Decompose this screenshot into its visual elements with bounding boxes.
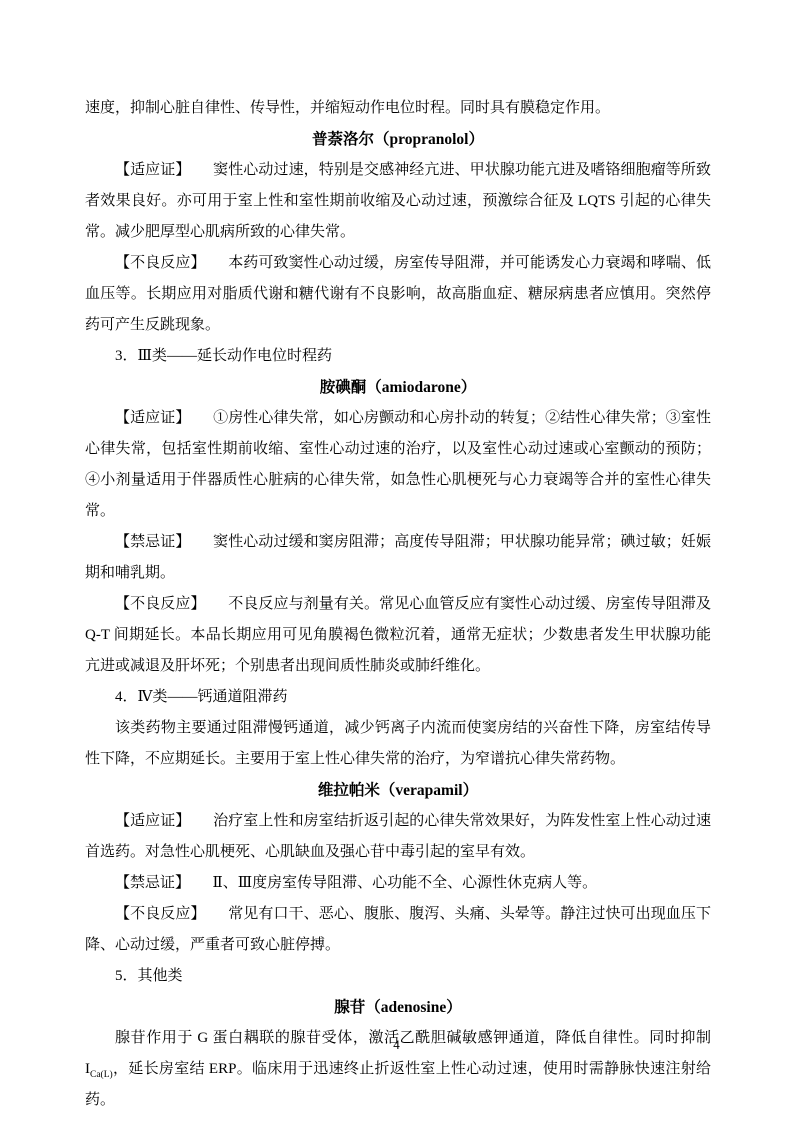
drug-heading-adenosine: 腺苷（adenosine） <box>85 992 711 1023</box>
paragraph-verapamil-adverse-reactions: 【不良反应】 常见有口干、恶心、腹胀、腹泻、头痛、头晕等。静注过快可出现血压下降… <box>85 899 711 961</box>
paragraph-verapamil-indications: 【适应证】 治疗室上性和房室结折返引起的心律失常效果好，为阵发性室上性心动过速首… <box>85 806 711 868</box>
paragraph-class4-description: 该类药物主要通过阻滞慢钙通道，减少钙离子内流而使窦房结的兴奋性下降，房室结传导性… <box>85 713 711 775</box>
paragraph-amiodarone-indications: 【适应证】 ①房性心律失常，如心房颤动和心房扑动的转复；②结性心律失常；③室性心… <box>85 403 711 527</box>
page-number: 4 <box>0 1035 793 1055</box>
document-page: 速度，抑制心脏自律性、传导性，并缩短动作电位时程。同时具有膜稳定作用。 普萘洛尔… <box>0 0 793 1122</box>
adenosine-ical-subscript: Ca(L) <box>90 1070 113 1080</box>
class-heading-class3: 3．Ⅲ类——延长动作电位时程药 <box>85 341 711 372</box>
paragraph-amiodarone-contraindications: 【禁忌证】 窦性心动过缓和窦房阻滞；高度传导阻滞；甲状腺功能异常；碘过敏；妊娠期… <box>85 527 711 589</box>
paragraph-verapamil-contraindications: 【禁忌证】 Ⅱ、Ⅲ度房室传导阻滞、心功能不全、心源性休克病人等。 <box>85 868 711 899</box>
paragraph-membrane-stabilizing: 速度，抑制心脏自律性、传导性，并缩短动作电位时程。同时具有膜稳定作用。 <box>85 93 711 124</box>
paragraph-amiodarone-adverse-reactions: 【不良反应】 不良反应与剂量有关。常见心血管反应有窦性心动过缓、房室传导阻滞及 … <box>85 589 711 682</box>
adenosine-text-after-subscript: ，延长房室结 ERP。临床用于迅速终止折返性室上性心动过速，使用时需静脉快速注射… <box>85 1061 711 1108</box>
class-heading-others: 5．其他类 <box>85 961 711 992</box>
drug-heading-amiodarone: 胺碘酮（amiodarone） <box>85 372 711 403</box>
class-heading-class4: 4．Ⅳ类——钙通道阻滞药 <box>85 682 711 713</box>
paragraph-propranolol-adverse-reactions: 【不良反应】 本药可致窦性心动过缓，房室传导阻滞，并可能诱发心力衰竭和哮喘、低血… <box>85 248 711 341</box>
paragraph-propranolol-indications: 【适应证】 窦性心动过速，特别是交感神经亢进、甲状腺功能亢进及嗜铬细胞瘤等所致者… <box>85 155 711 248</box>
drug-heading-propranolol: 普萘洛尔（propranolol） <box>85 124 711 155</box>
drug-heading-verapamil: 维拉帕米（verapamil） <box>85 775 711 806</box>
document-text-block: 速度，抑制心脏自律性、传导性，并缩短动作电位时程。同时具有膜稳定作用。 普萘洛尔… <box>85 93 711 1116</box>
